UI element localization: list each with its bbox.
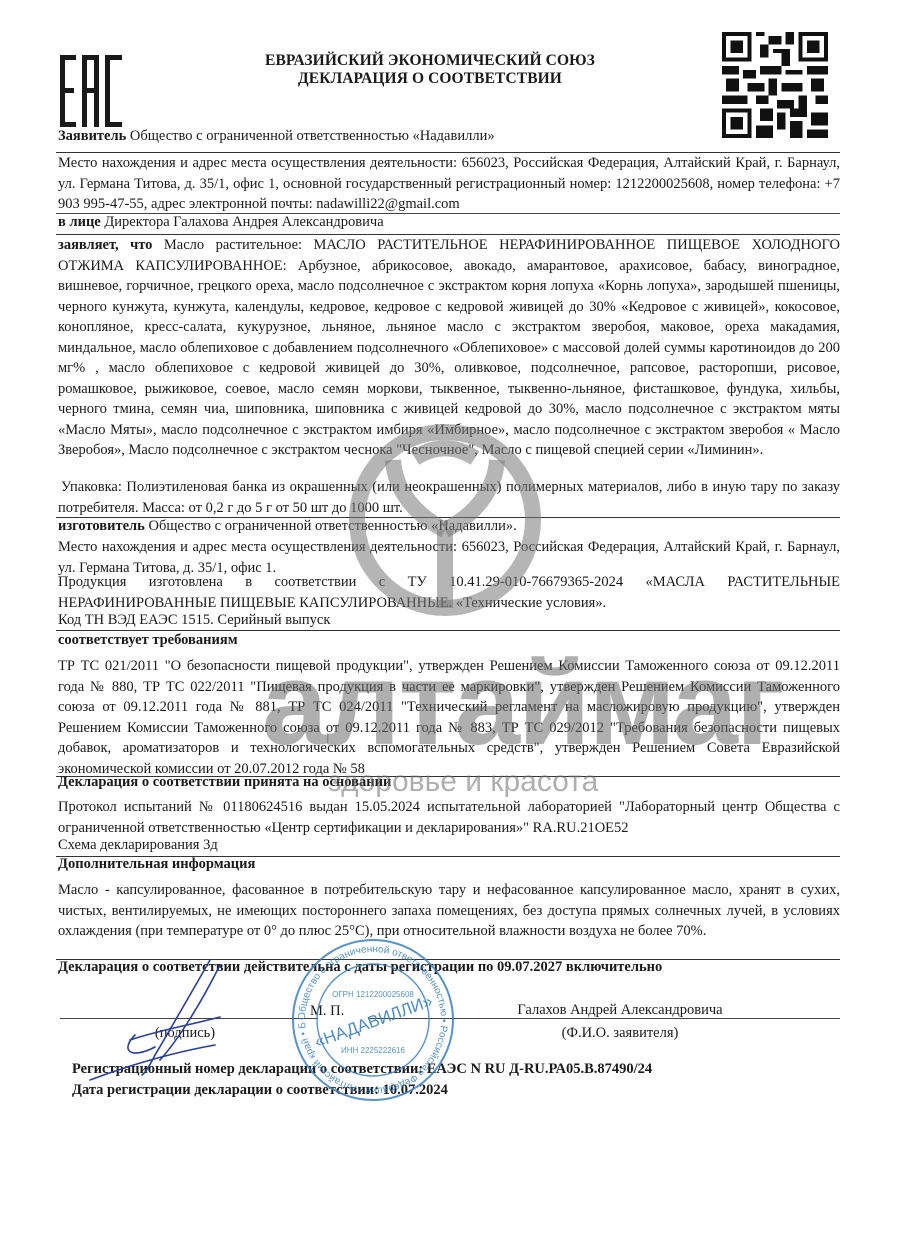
stamp-inn: ИНН 2225222616: [341, 1046, 406, 1055]
eac-logo-icon: [60, 55, 122, 127]
signature-line: [60, 1018, 318, 1019]
signature-caption: (подпись): [120, 1025, 250, 1042]
applicant-name: Галахов Андрей Александровича: [480, 1002, 760, 1019]
name-caption: (Ф.И.О. заявителя): [480, 1025, 760, 1042]
representative-label: в лице: [58, 214, 101, 230]
qr-code-icon: [722, 30, 828, 140]
stamp-center-text: «НАДАВИЛЛИ»: [312, 991, 435, 1051]
declaration-page: ЕВРАЗИЙСКИЙ ЭКОНОМИЧЕСКИЙ СОЮЗ ДЕКЛАРАЦИ…: [0, 0, 900, 1237]
union-title: ЕВРАЗИЙСКИЙ ЭКОНОМИЧЕСКИЙ СОЮЗ: [230, 52, 630, 70]
representative: в лице Директора Галахова Андрея Алексан…: [58, 212, 840, 233]
registration-number: Регистрационный номер декларации о соотв…: [72, 1061, 652, 1078]
validity-statement: Декларация о соответствии действительна …: [58, 957, 840, 978]
applicant: Заявитель Общество с ограниченной ответс…: [58, 128, 495, 145]
basis-heading: Декларация о соответствии принята на осн…: [58, 772, 840, 793]
manufacturer-label: изготовитель: [58, 518, 145, 534]
manufacturer: изготовитель Общество с ограниченной отв…: [58, 516, 840, 537]
applicant-value: Общество с ограниченной ответственностью…: [130, 128, 495, 144]
tn-ved-code: Код ТН ВЭД ЕАЭС 1515. Серийный выпуск: [58, 610, 840, 631]
declaration-statement: заявляет, что Масло растительное: МАСЛО …: [58, 235, 840, 461]
packaging-info: Упаковка: Полиэтиленовая банка из окраше…: [58, 477, 840, 518]
product-list: Масло растительное: МАСЛО РАСТИТЕЛЬНОЕ Н…: [58, 237, 840, 458]
document-header: ЕВРАЗИЙСКИЙ ЭКОНОМИЧЕСКИЙ СОЮЗ ДЕКЛАРАЦИ…: [230, 52, 630, 88]
declaration-title: ДЕКЛАРАЦИЯ О СООТВЕТСТВИИ: [230, 70, 630, 88]
additional-heading: Дополнительная информация: [58, 854, 840, 875]
requirements-text: ТР ТС 021/2011 "О безопасности пищевой п…: [58, 656, 840, 779]
stamp-ogrn: ОГРН 1212200025608: [332, 990, 414, 999]
manufacturer-value: Общество с ограниченной ответственностью…: [148, 518, 516, 534]
seal-placeholder: М. П.: [310, 1003, 344, 1020]
declares-label: заявляет, что: [58, 237, 152, 253]
declaration-scheme: Схема декларирования 3д: [58, 835, 840, 856]
additional-text: Масло - капсулированное, фасованное в по…: [58, 880, 840, 942]
registration-date: Дата регистрации декларации о соответств…: [72, 1082, 448, 1099]
manufacturer-spec: Продукция изготовлена в соответствии с Т…: [58, 572, 840, 613]
basis-text: Протокол испытаний № 01180624516 выдан 1…: [58, 797, 840, 838]
representative-value: Директора Галахова Андрея Александровича: [104, 214, 383, 230]
requirements-heading: соответствует требованиям: [58, 630, 840, 651]
applicant-address: Место нахождения и адрес места осуществл…: [58, 153, 840, 215]
applicant-label: Заявитель: [58, 128, 126, 144]
